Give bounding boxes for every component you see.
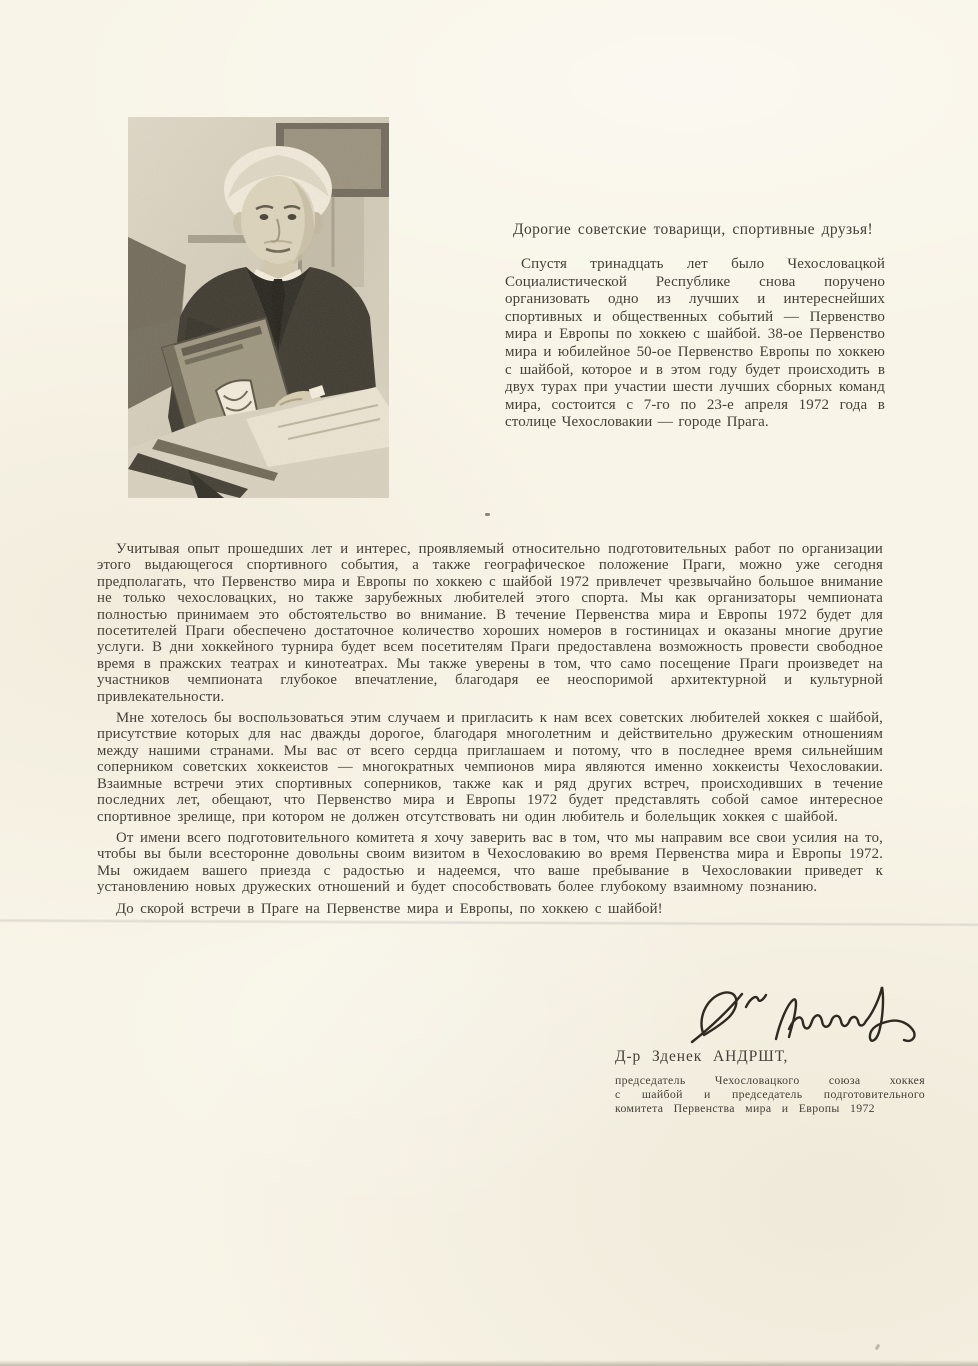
signer-title-line-3: комитета Первенства мира и Европы 1972 (615, 1102, 925, 1116)
intro-paragraph: Спустя тринадцать лет было Чехословацкой… (505, 256, 885, 432)
salutation-line: Дорогие советские товарищи, спортивные д… (505, 220, 885, 239)
portrait-photo (128, 117, 389, 498)
body-paragraph-2: Мне хотелось бы воспользоваться этим слу… (97, 710, 883, 825)
closing-line: До скорой встречи в Праге на Первенстве … (97, 901, 883, 917)
signer-title-line-1: председатель Чехословацкого союза хоккея (615, 1074, 925, 1088)
scan-edge-shadow (0, 1360, 978, 1366)
signer-title-line-2: с шайбой и председатель подготовительног… (615, 1088, 925, 1102)
ink-speck (485, 513, 490, 516)
letter-page: Дорогие советские товарищи, спортивные д… (0, 0, 978, 1366)
letter-body: Учитывая опыт прошедших лет и интерес, п… (97, 541, 883, 922)
ink-speck (875, 1344, 881, 1351)
portrait-photo-illustration (128, 117, 389, 498)
body-paragraph-1: Учитывая опыт прошедших лет и интерес, п… (97, 541, 883, 705)
signature-block: Д-р Зденек АНДРШТ, председатель Чехослов… (615, 1048, 925, 1115)
signer-name: Д-р Зденек АНДРШТ, (615, 1048, 925, 1066)
body-paragraph-3: От имени всего подготовительного комитет… (97, 830, 883, 896)
